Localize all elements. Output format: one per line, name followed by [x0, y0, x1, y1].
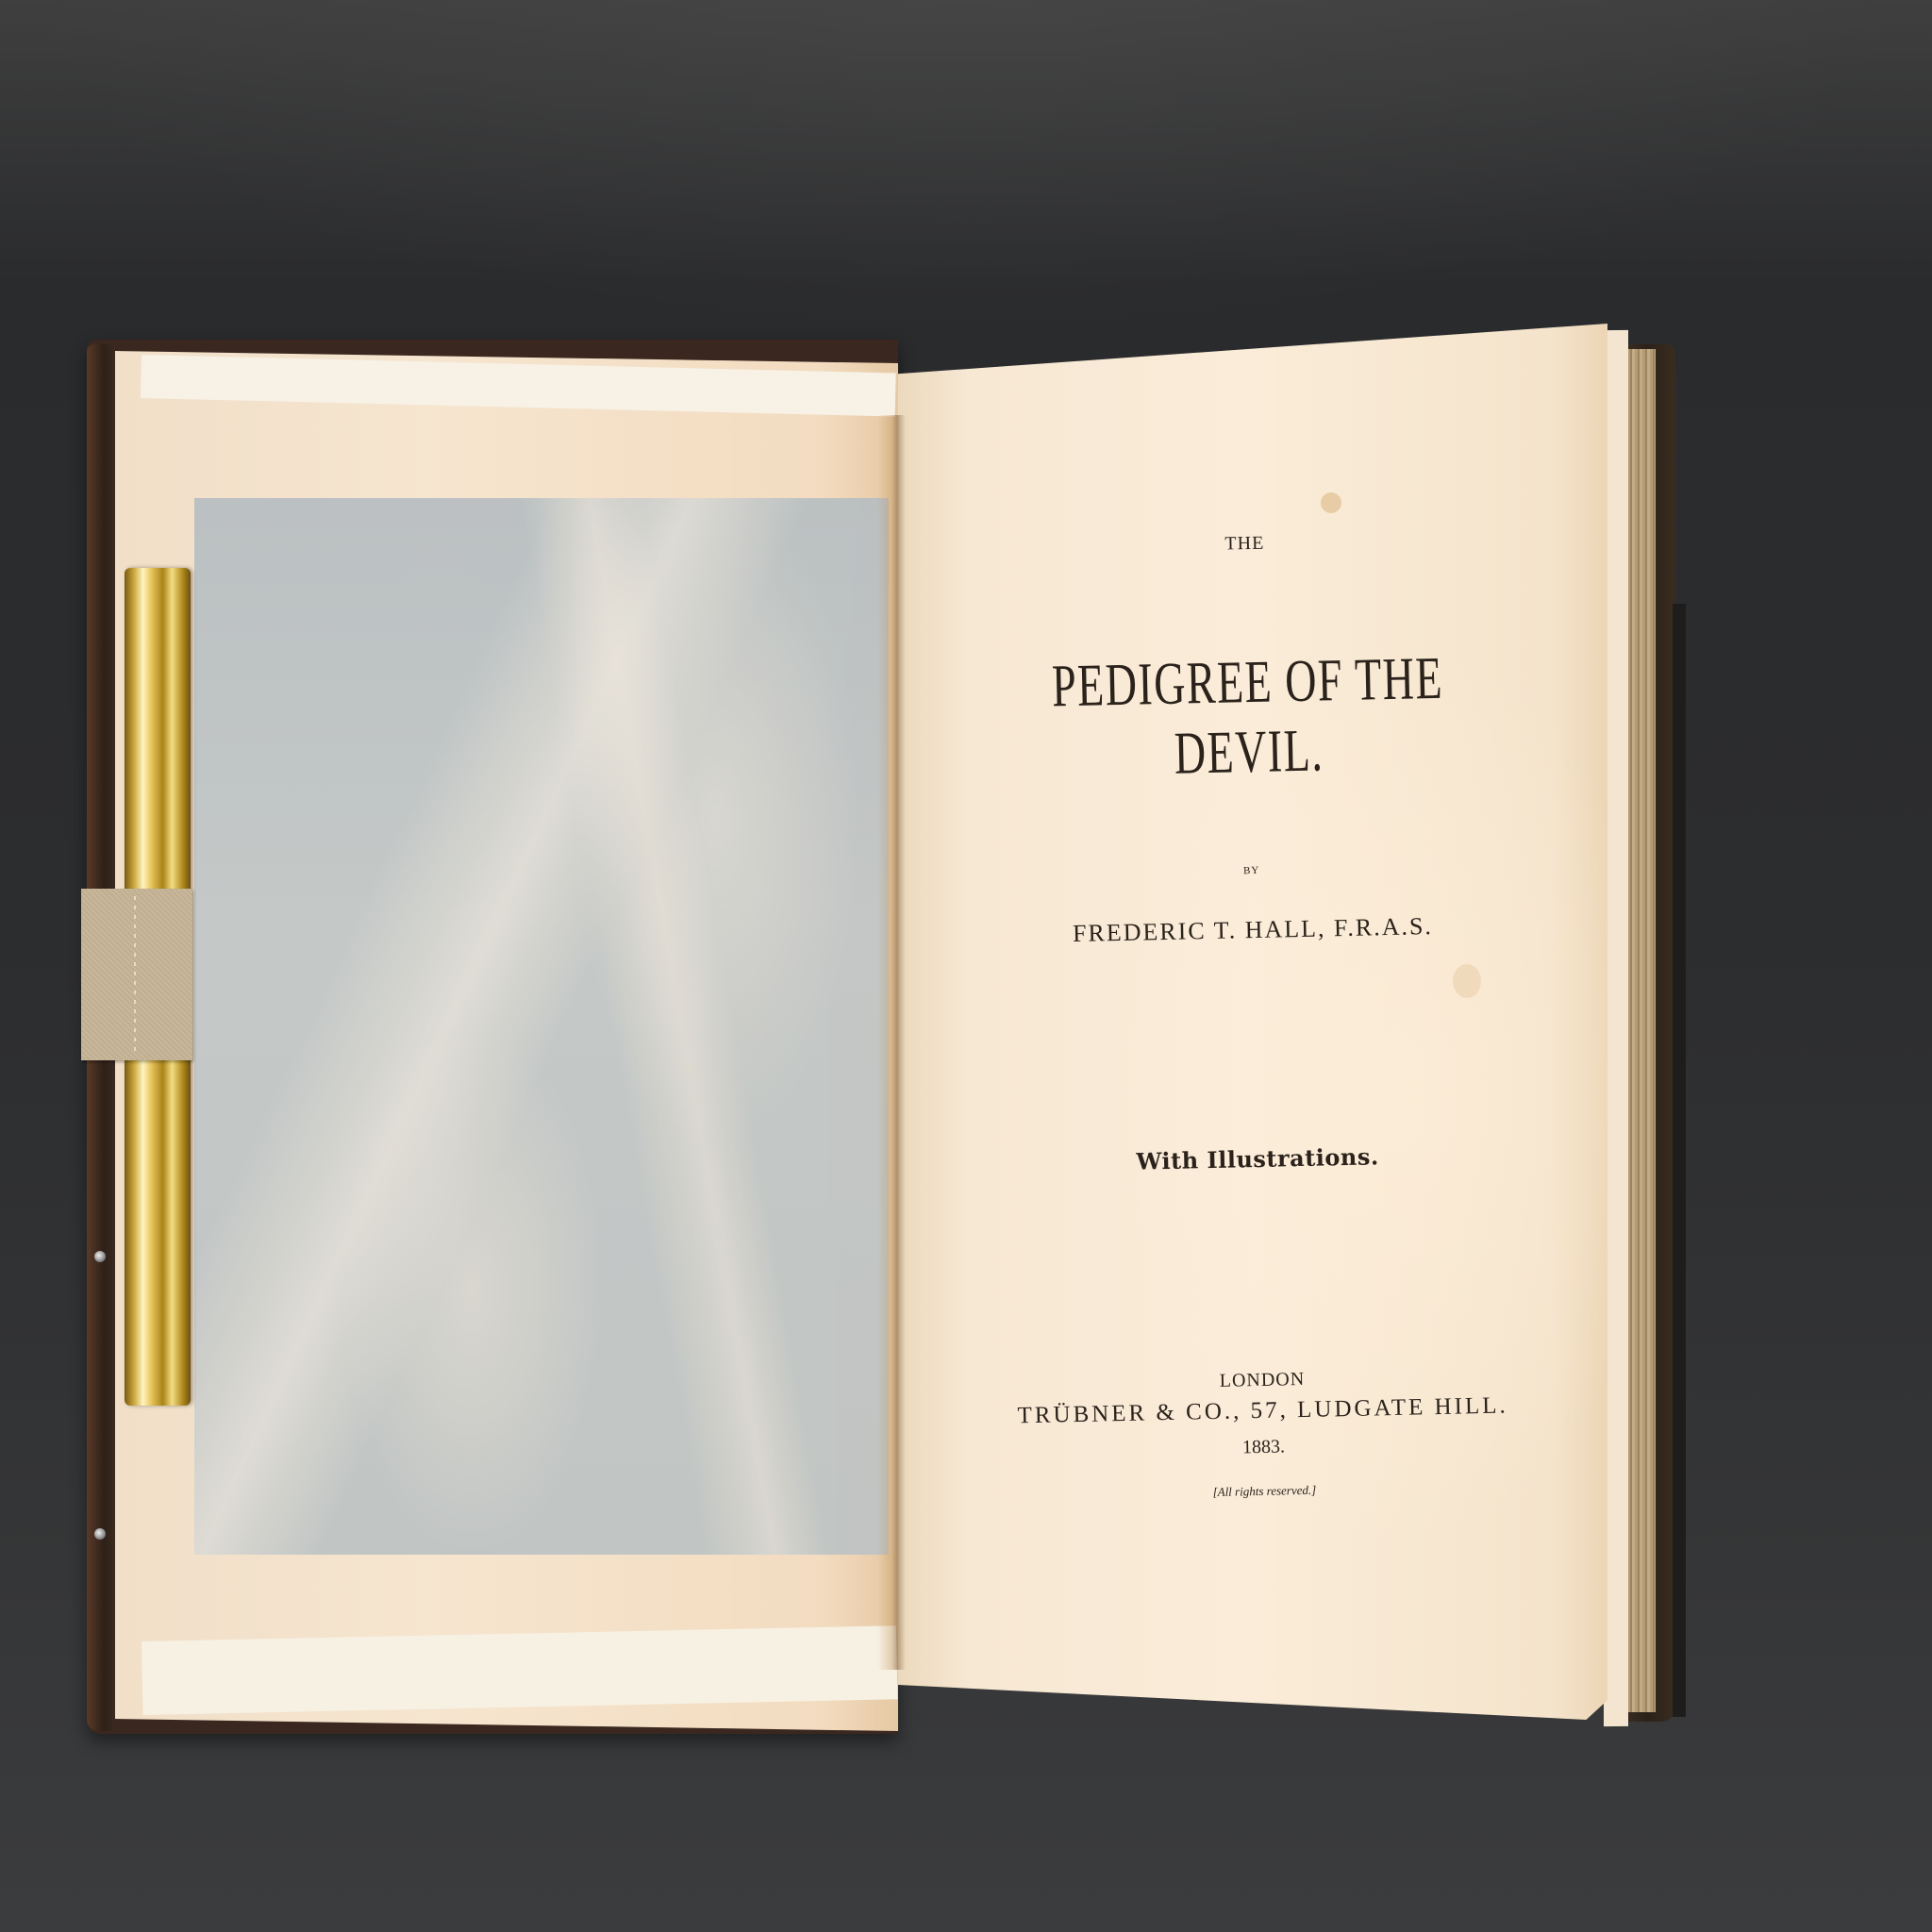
title-article: THE	[895, 525, 1593, 561]
band-stitching	[134, 896, 136, 1053]
pen-elastic-band	[81, 889, 192, 1060]
rights-notice: [All rights reserved.]	[915, 1476, 1613, 1506]
by-line: BY	[903, 858, 1601, 883]
title-page-text: THE PEDIGREE OF THE DEVIL. BY FREDERIC T…	[891, 316, 1619, 1726]
cover-edge-strip	[1673, 604, 1686, 1717]
rivet-icon	[94, 1528, 106, 1540]
publisher: TRÜBNER & CO., 57, LUDGATE HILL.	[913, 1391, 1611, 1431]
rivet-icon	[94, 1251, 106, 1262]
illustrations-note: With Illustrations.	[908, 1138, 1607, 1179]
book-title: PEDIGREE OF THE DEVIL.	[995, 642, 1501, 792]
page-edges	[1627, 349, 1656, 1712]
author-name: FREDERIC T. HALL, F.R.A.S.	[904, 908, 1602, 951]
publication-year: 1883.	[914, 1429, 1612, 1465]
frontispiece-tissue	[194, 498, 889, 1555]
